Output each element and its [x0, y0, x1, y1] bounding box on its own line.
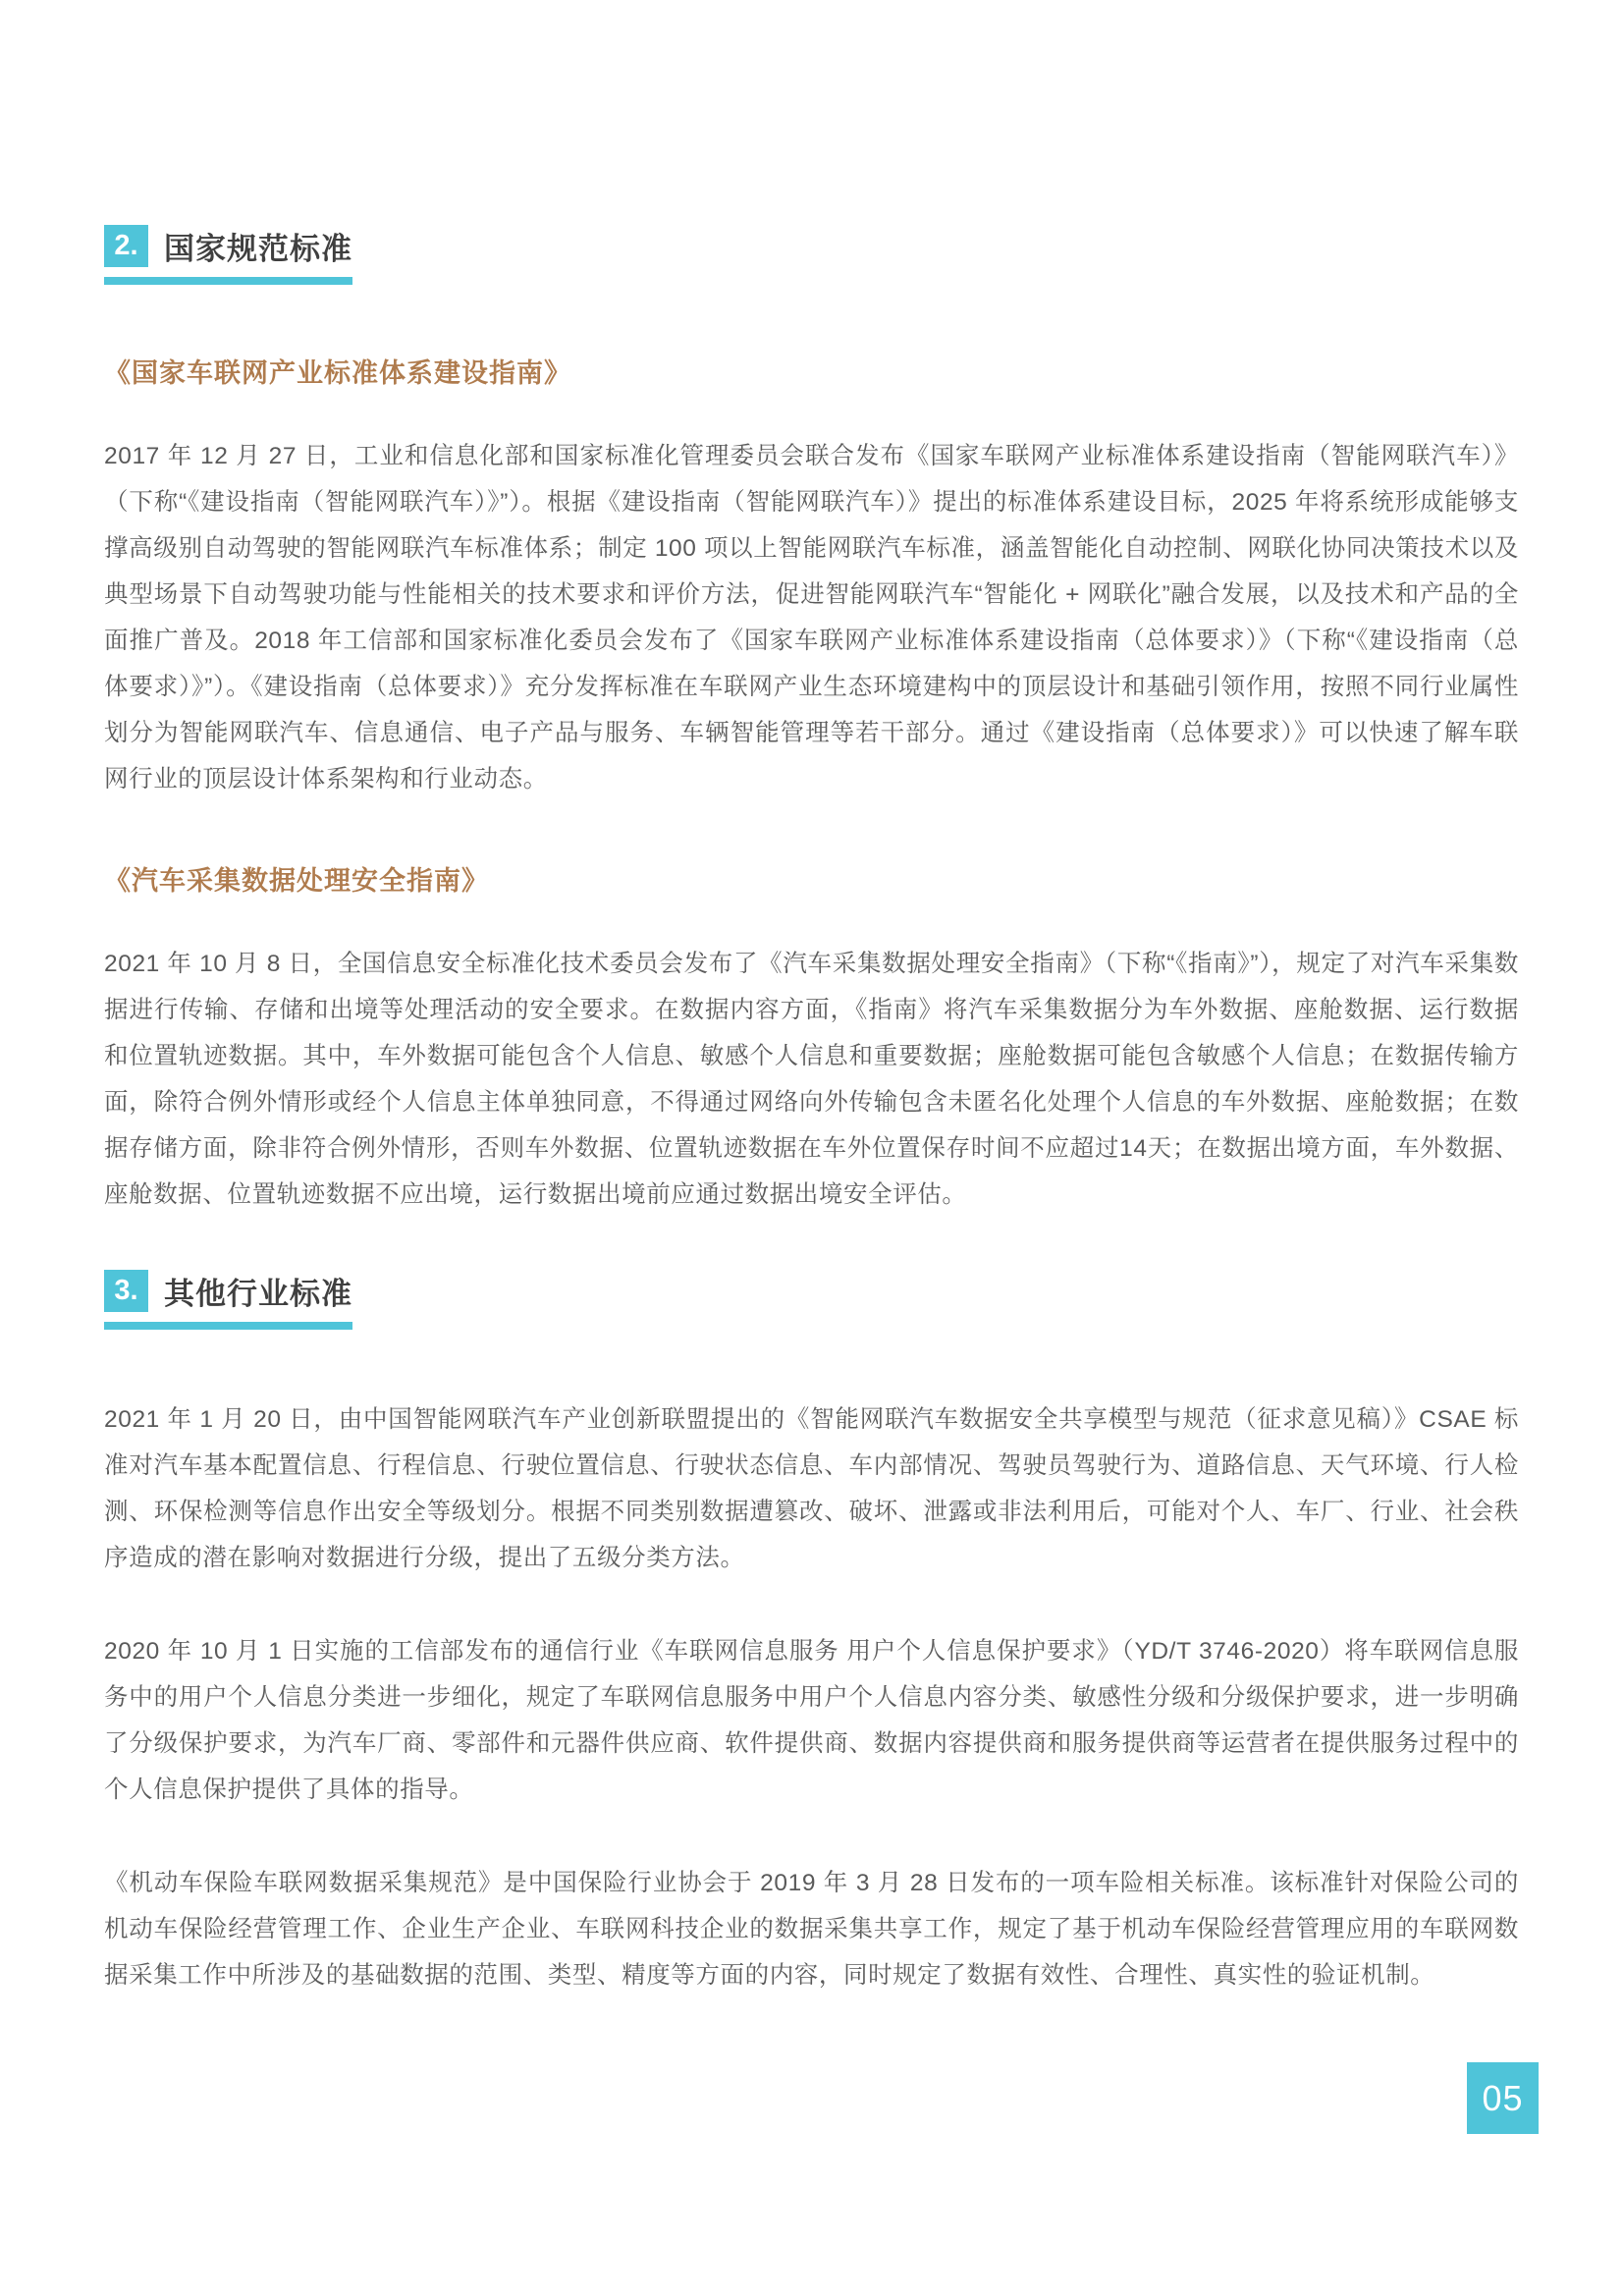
- section-title: 其他行业标准: [164, 1269, 352, 1313]
- section-title-underline: [104, 1322, 352, 1330]
- paragraph-data-security-guide: 2021 年 10 月 8 日，全国信息安全标准化技术委员会发布了《汽车采集数据…: [104, 941, 1519, 1218]
- page-content: 2. 国家规范标准 《国家车联网产业标准体系建设指南》 2017 年 12 月 …: [0, 0, 1623, 1998]
- paragraph-csae-sharing-model: 2021 年 1 月 20 日，由中国智能网联汽车产业创新联盟提出的《智能网联汽…: [104, 1396, 1519, 1581]
- paragraph-motor-insurance-spec: 《机动车保险车联网数据采集规范》是中国保险行业协会于 2019 年 3 月 28…: [104, 1860, 1519, 1998]
- document-page: 2. 国家规范标准 《国家车联网产业标准体系建设指南》 2017 年 12 月 …: [0, 0, 1623, 2296]
- section-header-national-standards: 2. 国家规范标准: [104, 224, 1519, 318]
- section-title-underline: [104, 277, 352, 285]
- section-header-other-industry-standards: 3. 其他行业标准: [104, 1269, 1519, 1363]
- section-number-badge: 3.: [104, 1270, 148, 1312]
- subsection-heading-data-security-guide: 《汽车采集数据处理安全指南》: [104, 859, 1519, 898]
- page-number-badge: 05: [1467, 2062, 1539, 2134]
- section-title: 国家规范标准: [164, 224, 352, 268]
- paragraph-ydt-3746-2020: 2020 年 10 月 1 日实施的工信部发布的通信行业《车联网信息服务 用户个…: [104, 1628, 1519, 1813]
- subsection-heading-guideline-construction: 《国家车联网产业标准体系建设指南》: [104, 352, 1519, 390]
- section-number-badge: 2.: [104, 225, 148, 267]
- paragraph-guideline-construction: 2017 年 12 月 27 日，工业和信息化部和国家标准化管理委员会联合发布《…: [104, 433, 1519, 802]
